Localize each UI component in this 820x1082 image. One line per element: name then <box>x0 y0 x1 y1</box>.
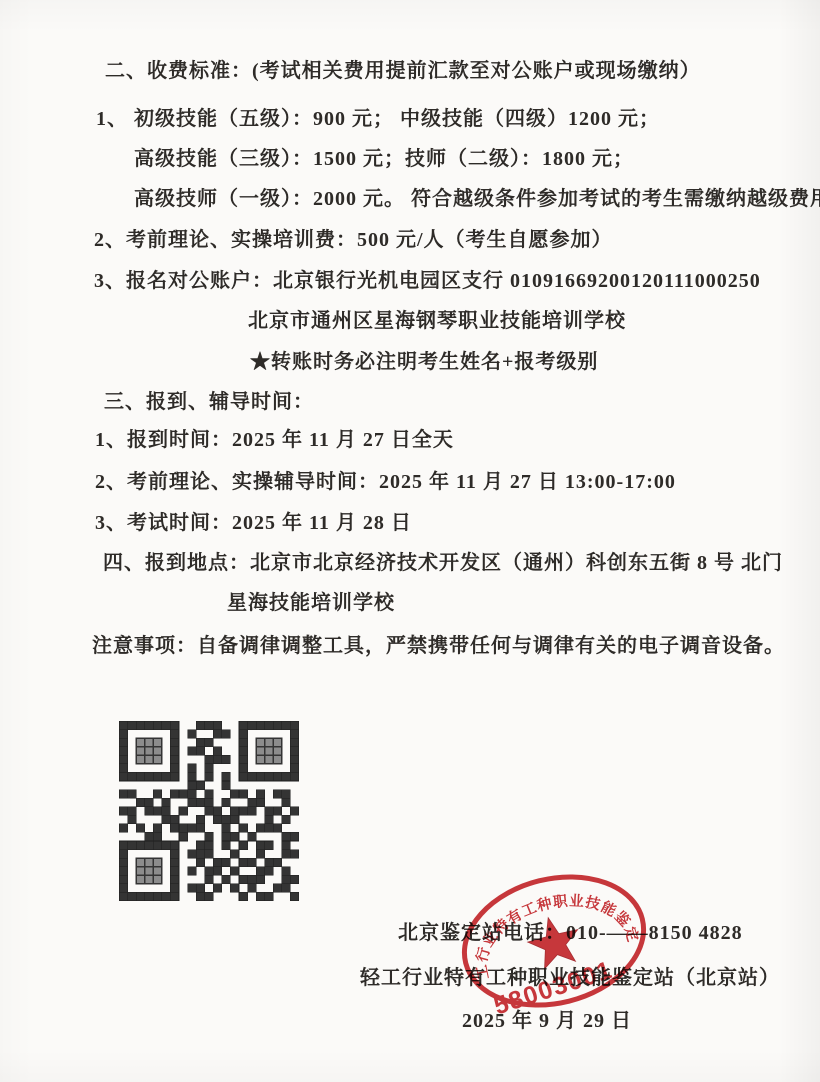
issue-date-line: 2025 年 9 月 29 日 <box>462 1008 632 1034</box>
qr-code <box>119 721 299 901</box>
station-phone-line: 北京鉴定站电话：010-——8150 4828 <box>398 920 743 946</box>
scanned-document-page: 二、收费标准：(考试相关费用提前汇款至对公账户或现场缴纳） 1、 初级技能（五级… <box>0 0 820 1082</box>
bank-account-holder: 北京市通州区星海钢琴职业技能培训学校 <box>248 308 626 334</box>
section-schedule-heading: 三、报到、辅导时间： <box>104 389 314 415</box>
schedule-tutoring-time: 2、考前理论、实操辅导时间：2025 年 11 月 27 日 13:00-17:… <box>95 469 676 495</box>
fee-item-1: 1、 初级技能（五级）：900 元； 中级技能（四级）1200 元； <box>96 106 660 132</box>
fee-item-1-cont-b: 高级技师（一级）：2000 元。 符合越级条件参加考试的考生需缴纳越级费用 <box>134 186 820 212</box>
section-location: 四、报到地点：北京市北京经济技术开发区（通州）科创东五街 8 号 北门 <box>103 550 783 576</box>
fee-item-1-cont-a: 高级技能（三级）：1500 元；技师（二级）：1800 元； <box>134 146 634 172</box>
section-fee-heading: 二、收费标准：(考试相关费用提前汇款至对公账户或现场缴纳） <box>105 58 701 84</box>
notice-line: 注意事项：自备调律调整工具，严禁携带任何与调律有关的电子调音设备。 <box>92 633 785 659</box>
location-school-name: 星海技能培训学校 <box>227 590 395 616</box>
transfer-note: ★转账时务必注明考生姓名+报考级别 <box>250 349 598 375</box>
fee-item-2: 2、考前理论、实操培训费：500 元/人（考生自愿参加） <box>94 227 613 253</box>
schedule-exam-time: 3、考试时间：2025 年 11 月 28 日 <box>95 510 412 536</box>
fee-item-3-bank-account: 3、报名对公账户：北京银行光机电园区支行 0109166920012011100… <box>94 268 761 294</box>
qr-code-svg <box>119 721 299 901</box>
station-org-line: 轻工行业特有工种职业技能鉴定站（北京站） <box>360 965 780 991</box>
schedule-checkin-time: 1、报到时间：2025 年 11 月 27 日全天 <box>95 427 454 453</box>
